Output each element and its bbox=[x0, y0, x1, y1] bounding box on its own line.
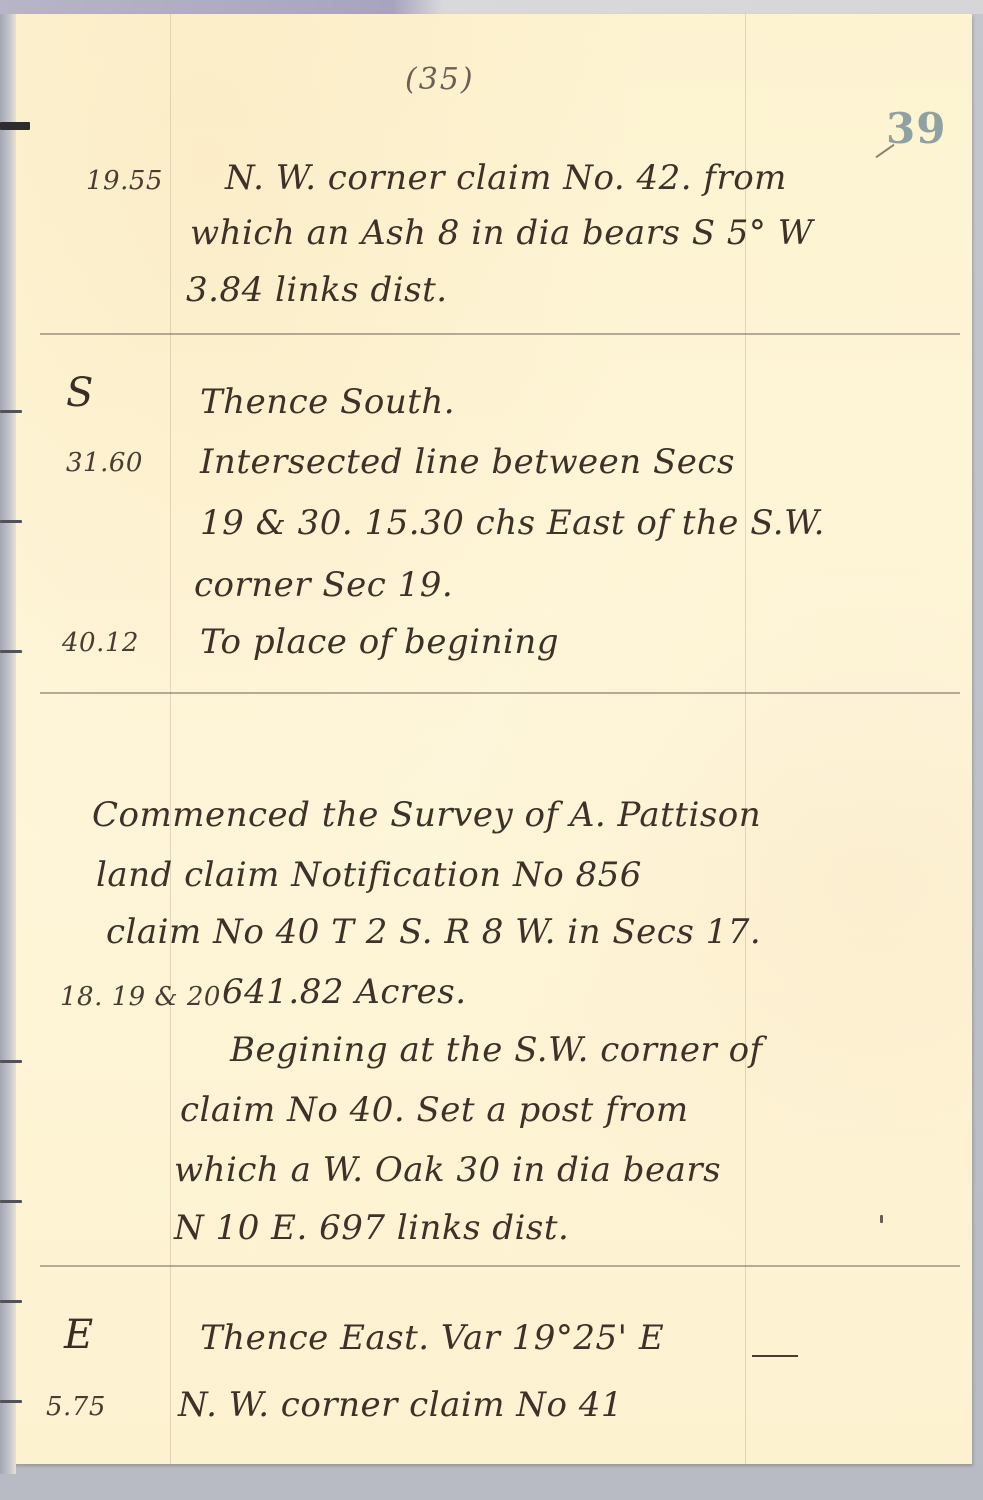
note-line: Intersected line between Secs bbox=[200, 442, 735, 482]
direction-letter: S bbox=[66, 370, 94, 416]
scan-top-edge bbox=[0, 0, 983, 14]
note-line: corner Sec 19. bbox=[194, 565, 453, 605]
margin-distance: 5.75 bbox=[46, 1392, 106, 1422]
ink-mark bbox=[880, 1215, 883, 1223]
section-divider bbox=[40, 1265, 960, 1267]
binding-thread-mark bbox=[0, 650, 22, 653]
note-line: Commenced the Survey of A. Pattison bbox=[92, 795, 761, 835]
note-line: claim No 40. Set a post from bbox=[180, 1090, 689, 1130]
direction-letter: E bbox=[64, 1312, 94, 1358]
note-line: Thence South. bbox=[200, 382, 455, 422]
note-line: To place of begining bbox=[200, 622, 559, 662]
note-line: N. W. corner claim No. 42. from bbox=[225, 158, 787, 198]
note-line: N. W. corner claim No 41 bbox=[178, 1385, 623, 1425]
margin-column-rule bbox=[170, 14, 171, 1464]
note-line: which an Ash 8 in dia bears S 5° W bbox=[190, 213, 813, 253]
stamped-page-number: 39 bbox=[886, 104, 946, 153]
note-line: 3.84 links dist. bbox=[186, 270, 448, 310]
binding-thread-mark bbox=[0, 122, 30, 130]
note-line: Begining at the S.W. corner of bbox=[230, 1030, 763, 1070]
note-line: which a W. Oak 30 in dia bears bbox=[174, 1150, 721, 1190]
binding-thread-mark bbox=[0, 1060, 22, 1063]
pencil-page-number: (35) bbox=[405, 62, 475, 97]
binding-thread-mark bbox=[0, 410, 22, 413]
margin-distance: 31.60 bbox=[66, 448, 143, 478]
binding-thread-mark bbox=[0, 1200, 22, 1203]
note-line: Thence East. Var 19°25' E bbox=[200, 1318, 664, 1358]
line-end-dash bbox=[752, 1355, 798, 1357]
page-binding-edge bbox=[0, 14, 16, 1474]
binding-thread-mark bbox=[0, 520, 22, 523]
margin-section-numbers: 18. 19 & 20 bbox=[60, 982, 221, 1012]
note-line: N 10 E. 697 links dist. bbox=[174, 1208, 569, 1248]
section-divider bbox=[40, 692, 960, 694]
binding-thread-mark bbox=[0, 1300, 22, 1303]
note-line: claim No 40 T 2 S. R 8 W. in Secs 17. bbox=[106, 912, 761, 952]
acreage-line: 641.82 Acres. bbox=[222, 972, 467, 1012]
binding-thread-mark bbox=[0, 1400, 22, 1403]
note-line: 19 & 30. 15.30 chs East of the S.W. bbox=[200, 503, 825, 543]
section-divider bbox=[40, 333, 960, 335]
margin-distance: 19.55 bbox=[86, 166, 163, 196]
margin-distance: 40.12 bbox=[62, 628, 139, 658]
note-line: land claim Notification No 856 bbox=[96, 855, 642, 895]
